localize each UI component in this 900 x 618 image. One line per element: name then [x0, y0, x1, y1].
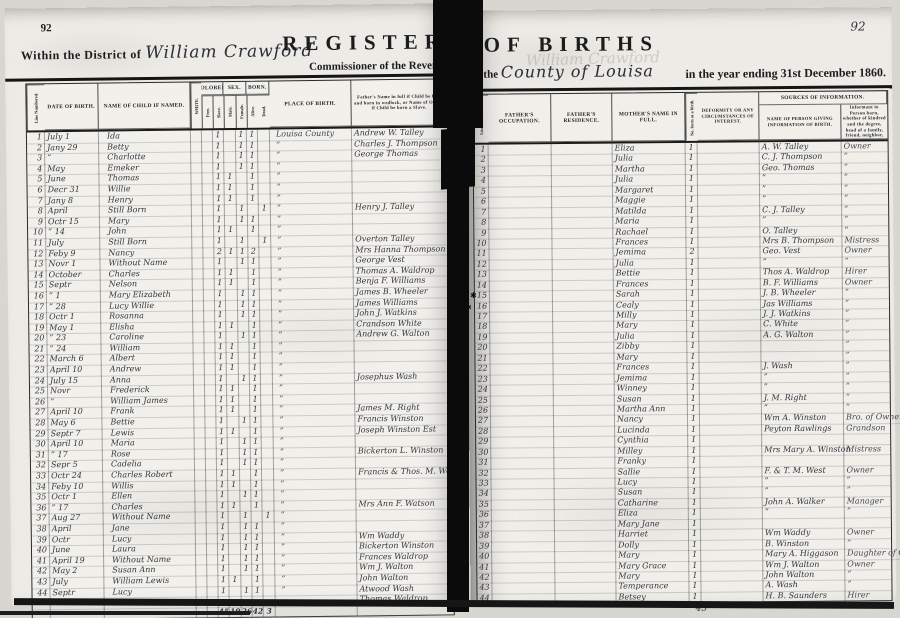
- births-table-left: Line Numbered. DATE OF BIRTH. NAME OF CH…: [25, 78, 455, 618]
- total-alive: 42: [253, 606, 264, 618]
- register-title-left: REGISTER: [282, 29, 447, 56]
- county-value: County of Louisa: [501, 61, 654, 81]
- col-name-of-child: NAME OF CHILD IF NAMED.: [98, 82, 191, 129]
- col-group-sources: SOURCES OF INFORMATION.: [759, 91, 887, 105]
- left-page: 92 Within the District of William Crawfo…: [4, 3, 459, 605]
- subcol-free: Free.: [201, 95, 212, 128]
- subcol-dead: Dead.: [257, 95, 269, 128]
- subcol-female: Female.: [235, 95, 246, 128]
- subcol-alive: Alive.: [246, 95, 257, 128]
- right-page: 92 OF BIRTHS William Crawford r the Coun…: [465, 7, 896, 605]
- col-line-number: Line Numbered.: [26, 84, 45, 130]
- subcol-informant-relation: Relation of Informant to Person born, wh…: [841, 104, 887, 139]
- right-table-rows: 1 Eliza 1 A. W. Talley Owner 2 Julia 1 C…: [474, 141, 892, 604]
- col-group-colored: COLORED.: [201, 82, 223, 95]
- page-number-right: 92: [850, 19, 865, 33]
- margin-mark-3: ◄: [458, 556, 469, 568]
- year-line: in the year ending 31st December 1860.: [685, 65, 886, 82]
- col-deformity: DEFORMITY OR ANY CIRCUMSTANCES OF INTERE…: [697, 92, 759, 141]
- margin-mark-1: ✱: [470, 291, 477, 300]
- col-group-sex: SEX.: [223, 82, 246, 95]
- births-table-right: Line Numbered. FATHER'S OCCUPATION. FATH…: [472, 90, 892, 605]
- subcol-male: Male.: [223, 95, 235, 128]
- col-group-born: BORN.: [246, 82, 269, 95]
- subcol-informant-name: NAME OF PERSON GIVING INFORMATION OF BIR…: [759, 105, 841, 141]
- district-label: Within the District of: [21, 47, 142, 62]
- total-dead: 3: [264, 606, 276, 618]
- subcol-slave: Slave.: [212, 95, 223, 128]
- informant-relation: Hirer: [845, 590, 891, 602]
- col-father-occupation: FATHER'S OCCUPATION.: [488, 94, 551, 143]
- col-white: WHITE.: [190, 82, 202, 128]
- col-date-of-birth: DATE OF BIRTH.: [44, 84, 99, 131]
- left-table-header: Line Numbered. DATE OF BIRTH. NAME OF CH…: [26, 79, 448, 132]
- county-line: r the County of Louisa: [476, 61, 654, 82]
- col-mother-name: MOTHER'S NAME IN FULL.: [612, 93, 685, 142]
- col-number-at-birth: No. born at a birth.: [685, 93, 697, 141]
- district-line: Within the District of William Crawford: [21, 41, 314, 65]
- film-edge-streak: [0, 611, 250, 615]
- col-place-of-birth: PLACE OF BIRTH.: [269, 81, 352, 128]
- margin-mark-2: ✱: [465, 303, 472, 312]
- col-father-residence: FATHER'S RESIDENCE.: [551, 94, 612, 143]
- right-table-header: Line Numbered. FATHER'S OCCUPATION. FATH…: [473, 91, 887, 145]
- commissioner-line: Commissioner of the Revenue: [309, 59, 449, 73]
- page-number-left: 92: [41, 22, 52, 34]
- left-table-rows: 1 July 1 Ida 1 1 1 Louisa County Andrew …: [27, 127, 454, 609]
- register-scan: 92 Within the District of William Crawfo…: [0, 0, 900, 618]
